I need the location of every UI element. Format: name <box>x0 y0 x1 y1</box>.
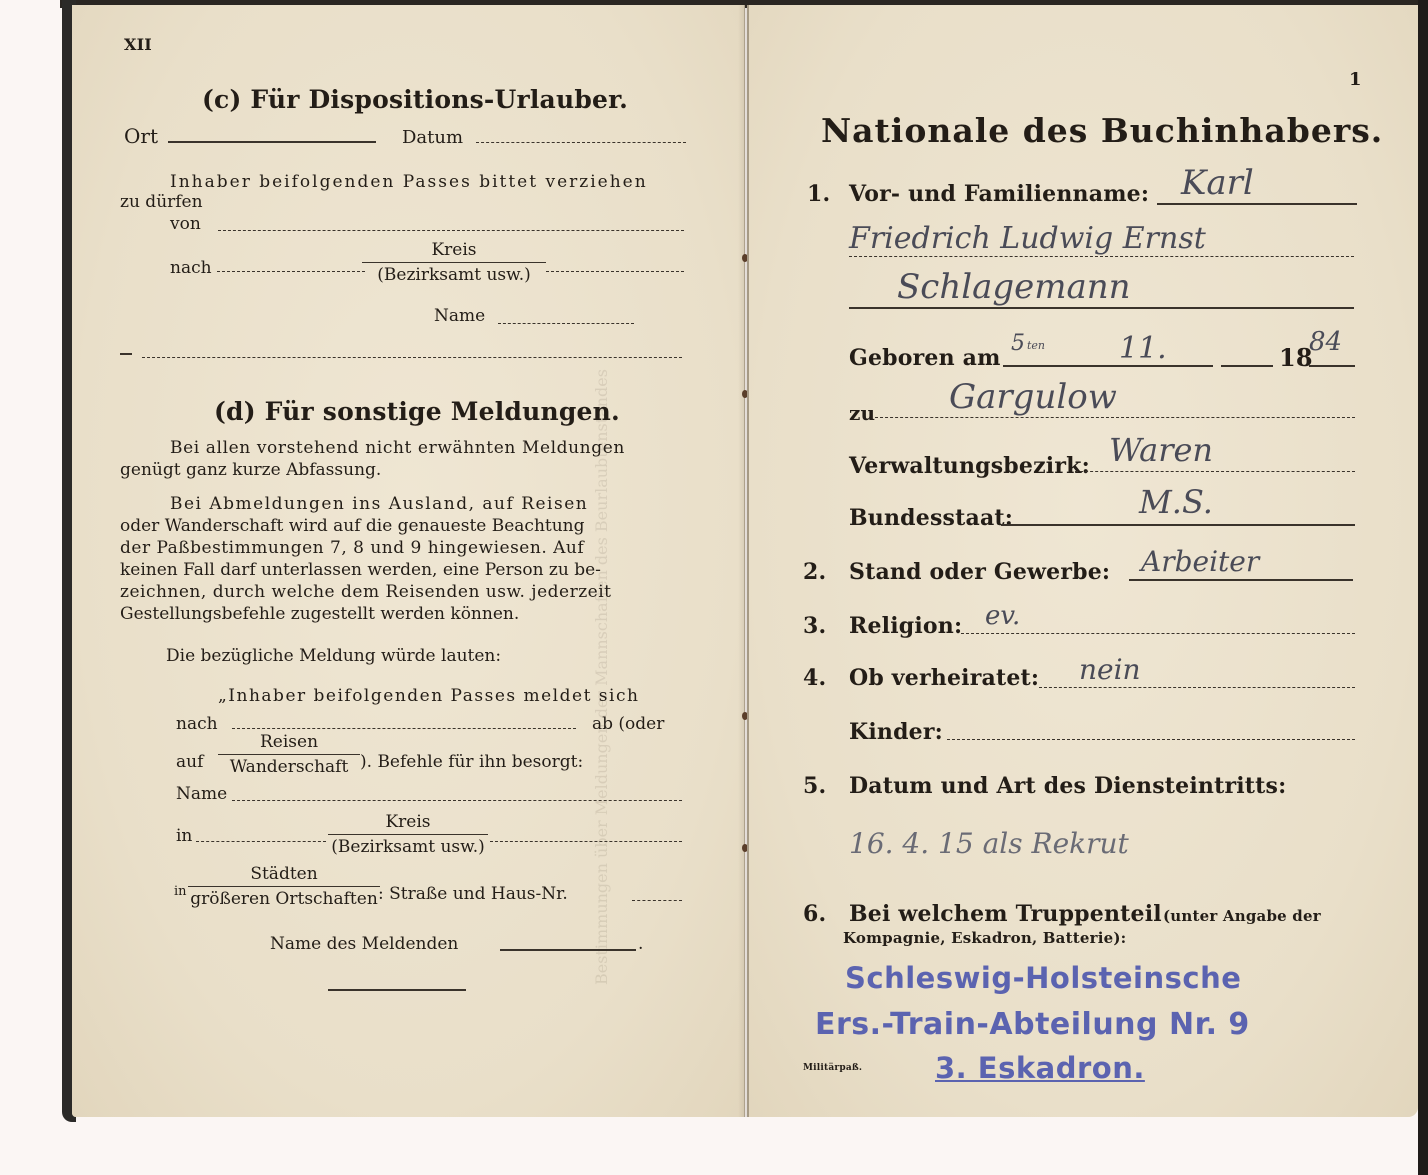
form-in-label: in <box>176 825 192 847</box>
stamp-line3: 3. Eskadron. <box>935 1051 1145 1085</box>
kinder-label: Kinder: <box>849 719 943 745</box>
form-strasse-label: : Straße und Haus-Nr. <box>378 883 568 905</box>
bundesstaat-label: Bundesstaat: <box>849 505 1013 531</box>
geboren-year-prefix: 18 <box>1279 343 1313 372</box>
form-name-label: Name <box>176 783 227 805</box>
nach-label: nach <box>170 257 212 279</box>
form-kreis-field-line[interactable] <box>490 841 682 842</box>
nach-field-line[interactable] <box>217 271 365 272</box>
field-1-number: 1. <box>807 181 830 207</box>
diensteintritt-value: 16. 4. 15 als Rekrut <box>849 827 1129 860</box>
religion-label: Religion: <box>849 613 962 639</box>
section-d-p2-line5: zeichnen, durch welche dem Reisenden usw… <box>120 581 612 603</box>
truppenteil-note2: Kompagnie, Eskadron, Batterie): <box>843 929 1126 947</box>
zu-label: zu <box>849 401 875 425</box>
staedten-fraction: Städten größeren Ortschaften <box>188 863 380 910</box>
form-befehle: ). Befehle für ihn besorgt: <box>360 751 583 773</box>
form-closing-quote: . <box>638 933 643 955</box>
bundesstaat-field-line[interactable] <box>1001 524 1355 526</box>
page-number: 1 <box>1349 69 1362 90</box>
field-6-number: 6. <box>803 901 826 927</box>
form-name-meldenden-field-line[interactable] <box>500 949 636 951</box>
form-nach-field-line[interactable] <box>232 728 576 729</box>
section-d-p2-line3: der Paßbestimmungen 7, 8 und 9 hingewies… <box>120 537 584 559</box>
verwaltungsbezirk-field-line[interactable] <box>1075 471 1355 472</box>
stand-label: Stand oder Gewerbe: <box>849 559 1110 585</box>
kreis-field-line[interactable] <box>546 271 684 272</box>
field-5-number: 5. <box>803 773 826 799</box>
section-d-p2-line6: Gestellungsbefehle zugestellt werden kön… <box>120 603 519 625</box>
book-cover-right <box>1418 0 1428 1175</box>
section-c-text-line2: zu dürfen <box>120 191 203 213</box>
left-page: Bestimmungen über Meldungen der Mannscha… <box>72 5 745 1117</box>
dash-mark <box>120 353 132 355</box>
name-value-line3: Schlagemann <box>897 267 1131 307</box>
form-strasse-field-line[interactable] <box>632 900 682 901</box>
geboren-year-suffix: 84 <box>1309 327 1342 357</box>
geboren-month-line[interactable] <box>1221 365 1273 367</box>
verwaltungsbezirk-value: Waren <box>1109 431 1213 469</box>
section-c-heading: (c) Für Dispositions-Urlauber. <box>202 85 628 114</box>
name-label: Vor- und Familienname: <box>849 181 1149 207</box>
geboren-year-line[interactable] <box>1309 365 1355 367</box>
geboren-day-suffix: ten <box>1027 339 1045 352</box>
religion-value: ev. <box>985 601 1020 631</box>
stand-field-line[interactable] <box>1129 579 1353 581</box>
ort-label: Ort <box>124 125 158 147</box>
section-d-intro: Die bezügliche Meldung würde lauten: <box>166 645 501 667</box>
form-nach-label: nach <box>176 713 218 735</box>
staedten-label: Städten <box>188 863 380 887</box>
form-kreis-fraction: Kreis (Bezirksamt usw.) <box>328 811 488 858</box>
form-name-meldenden-label: Name des Meldenden <box>270 933 458 955</box>
geboren-label: Geboren am <box>849 345 1001 371</box>
geboren-day: 5 <box>1011 331 1025 356</box>
von-field-line[interactable] <box>218 230 684 231</box>
kreis-label: Kreis <box>362 239 546 263</box>
stamp-line1: Schleswig-Holsteinsche <box>845 961 1241 995</box>
form-in2-label: in <box>174 881 187 903</box>
section-d-p1-line1: Bei allen vorstehend nicht erwähnten Mel… <box>170 437 625 459</box>
name-field-line2[interactable] <box>849 256 1354 257</box>
zu-value: Gargulow <box>949 377 1117 417</box>
diensteintritt-label: Datum und Art des Diensteintritts: <box>849 773 1286 799</box>
form-ab-oder: ab (oder <box>592 713 664 735</box>
verheiratet-label: Ob verheiratet: <box>849 665 1039 691</box>
name-field-line1[interactable] <box>1157 203 1357 205</box>
small-print: Militärpaß. <box>803 1063 862 1073</box>
stamp-line2: Ers.-Train-Abteilung Nr. 9 <box>815 1007 1250 1042</box>
section-d-heading: (d) Für sonstige Meldungen. <box>214 397 620 426</box>
wanderschaft-label: Wanderschaft <box>218 755 360 778</box>
right-page: 1 Nationale des Buchinhabers. 1. Vor- un… <box>747 5 1418 1117</box>
section-d-p1-line2: genügt ganz kurze Abfassung. <box>120 459 381 481</box>
end-rule <box>328 989 466 991</box>
religion-field-line[interactable] <box>961 633 1355 634</box>
form-in-field-line[interactable] <box>196 841 326 842</box>
verheiratet-value: nein <box>1079 653 1141 686</box>
name-label-c: Name <box>434 305 485 327</box>
bundesstaat-value: M.S. <box>1139 483 1213 521</box>
field-4-number: 4. <box>803 665 826 691</box>
name-value-line1: Karl <box>1181 163 1254 203</box>
page-title: Nationale des Buchinhabers. <box>821 111 1383 150</box>
form-name-field-line[interactable] <box>232 800 682 801</box>
datum-field-line[interactable] <box>476 142 686 143</box>
name-field-line-c[interactable] <box>498 323 634 324</box>
page-number: XII <box>124 35 152 54</box>
name-value-line2: Friedrich Ludwig Ernst <box>849 221 1206 256</box>
section-d-p2-line2: oder Wanderschaft wird auf die genaueste… <box>120 515 585 537</box>
stand-value: Arbeiter <box>1141 545 1259 578</box>
geboren-day-line[interactable] <box>1003 365 1213 367</box>
truppenteil-label: Bei welchem Truppenteil <box>849 901 1162 927</box>
form-line1: „Inhaber beifolgenden Passes meldet sich <box>218 685 639 707</box>
datum-label: Datum <box>402 127 463 149</box>
reisen-label: Reisen <box>218 731 360 755</box>
von-label: von <box>170 213 201 235</box>
form-bezirksamt-label: (Bezirksamt usw.) <box>328 835 488 858</box>
kreis-fraction: Kreis (Bezirksamt usw.) <box>362 239 546 286</box>
verheiratet-field-line[interactable] <box>1039 687 1355 688</box>
section-d-p2-line1: Bei Abmeldungen ins Ausland, auf Reisen <box>170 493 588 515</box>
field-2-number: 2. <box>803 559 826 585</box>
geboren-month: 11. <box>1119 331 1167 366</box>
kinder-field-line[interactable] <box>947 739 1355 740</box>
name-field-line3[interactable] <box>849 307 1354 309</box>
zu-field-line[interactable] <box>875 417 1355 418</box>
show-through-text: Bestimmungen über Meldungen der Mannscha… <box>592 85 611 985</box>
reisen-fraction: Reisen Wanderschaft <box>218 731 360 778</box>
truppenteil-note: (unter Angabe der <box>1163 907 1321 925</box>
form-auf-label: auf <box>176 751 203 773</box>
signature-line-c[interactable] <box>142 357 682 358</box>
bezirksamt-label: (Bezirksamt usw.) <box>362 263 546 286</box>
section-c-text-line1: Inhaber beifolgenden Passes bittet verzi… <box>170 171 648 193</box>
form-kreis-label: Kreis <box>328 811 488 835</box>
verwaltungsbezirk-label: Verwaltungsbezirk: <box>849 453 1090 479</box>
ort-field-line[interactable] <box>168 141 376 143</box>
section-d-p2-line4: keinen Fall darf unterlassen werden, ein… <box>120 559 601 581</box>
field-3-number: 3. <box>803 613 826 639</box>
ortschaften-label: größeren Ortschaften <box>188 887 380 910</box>
